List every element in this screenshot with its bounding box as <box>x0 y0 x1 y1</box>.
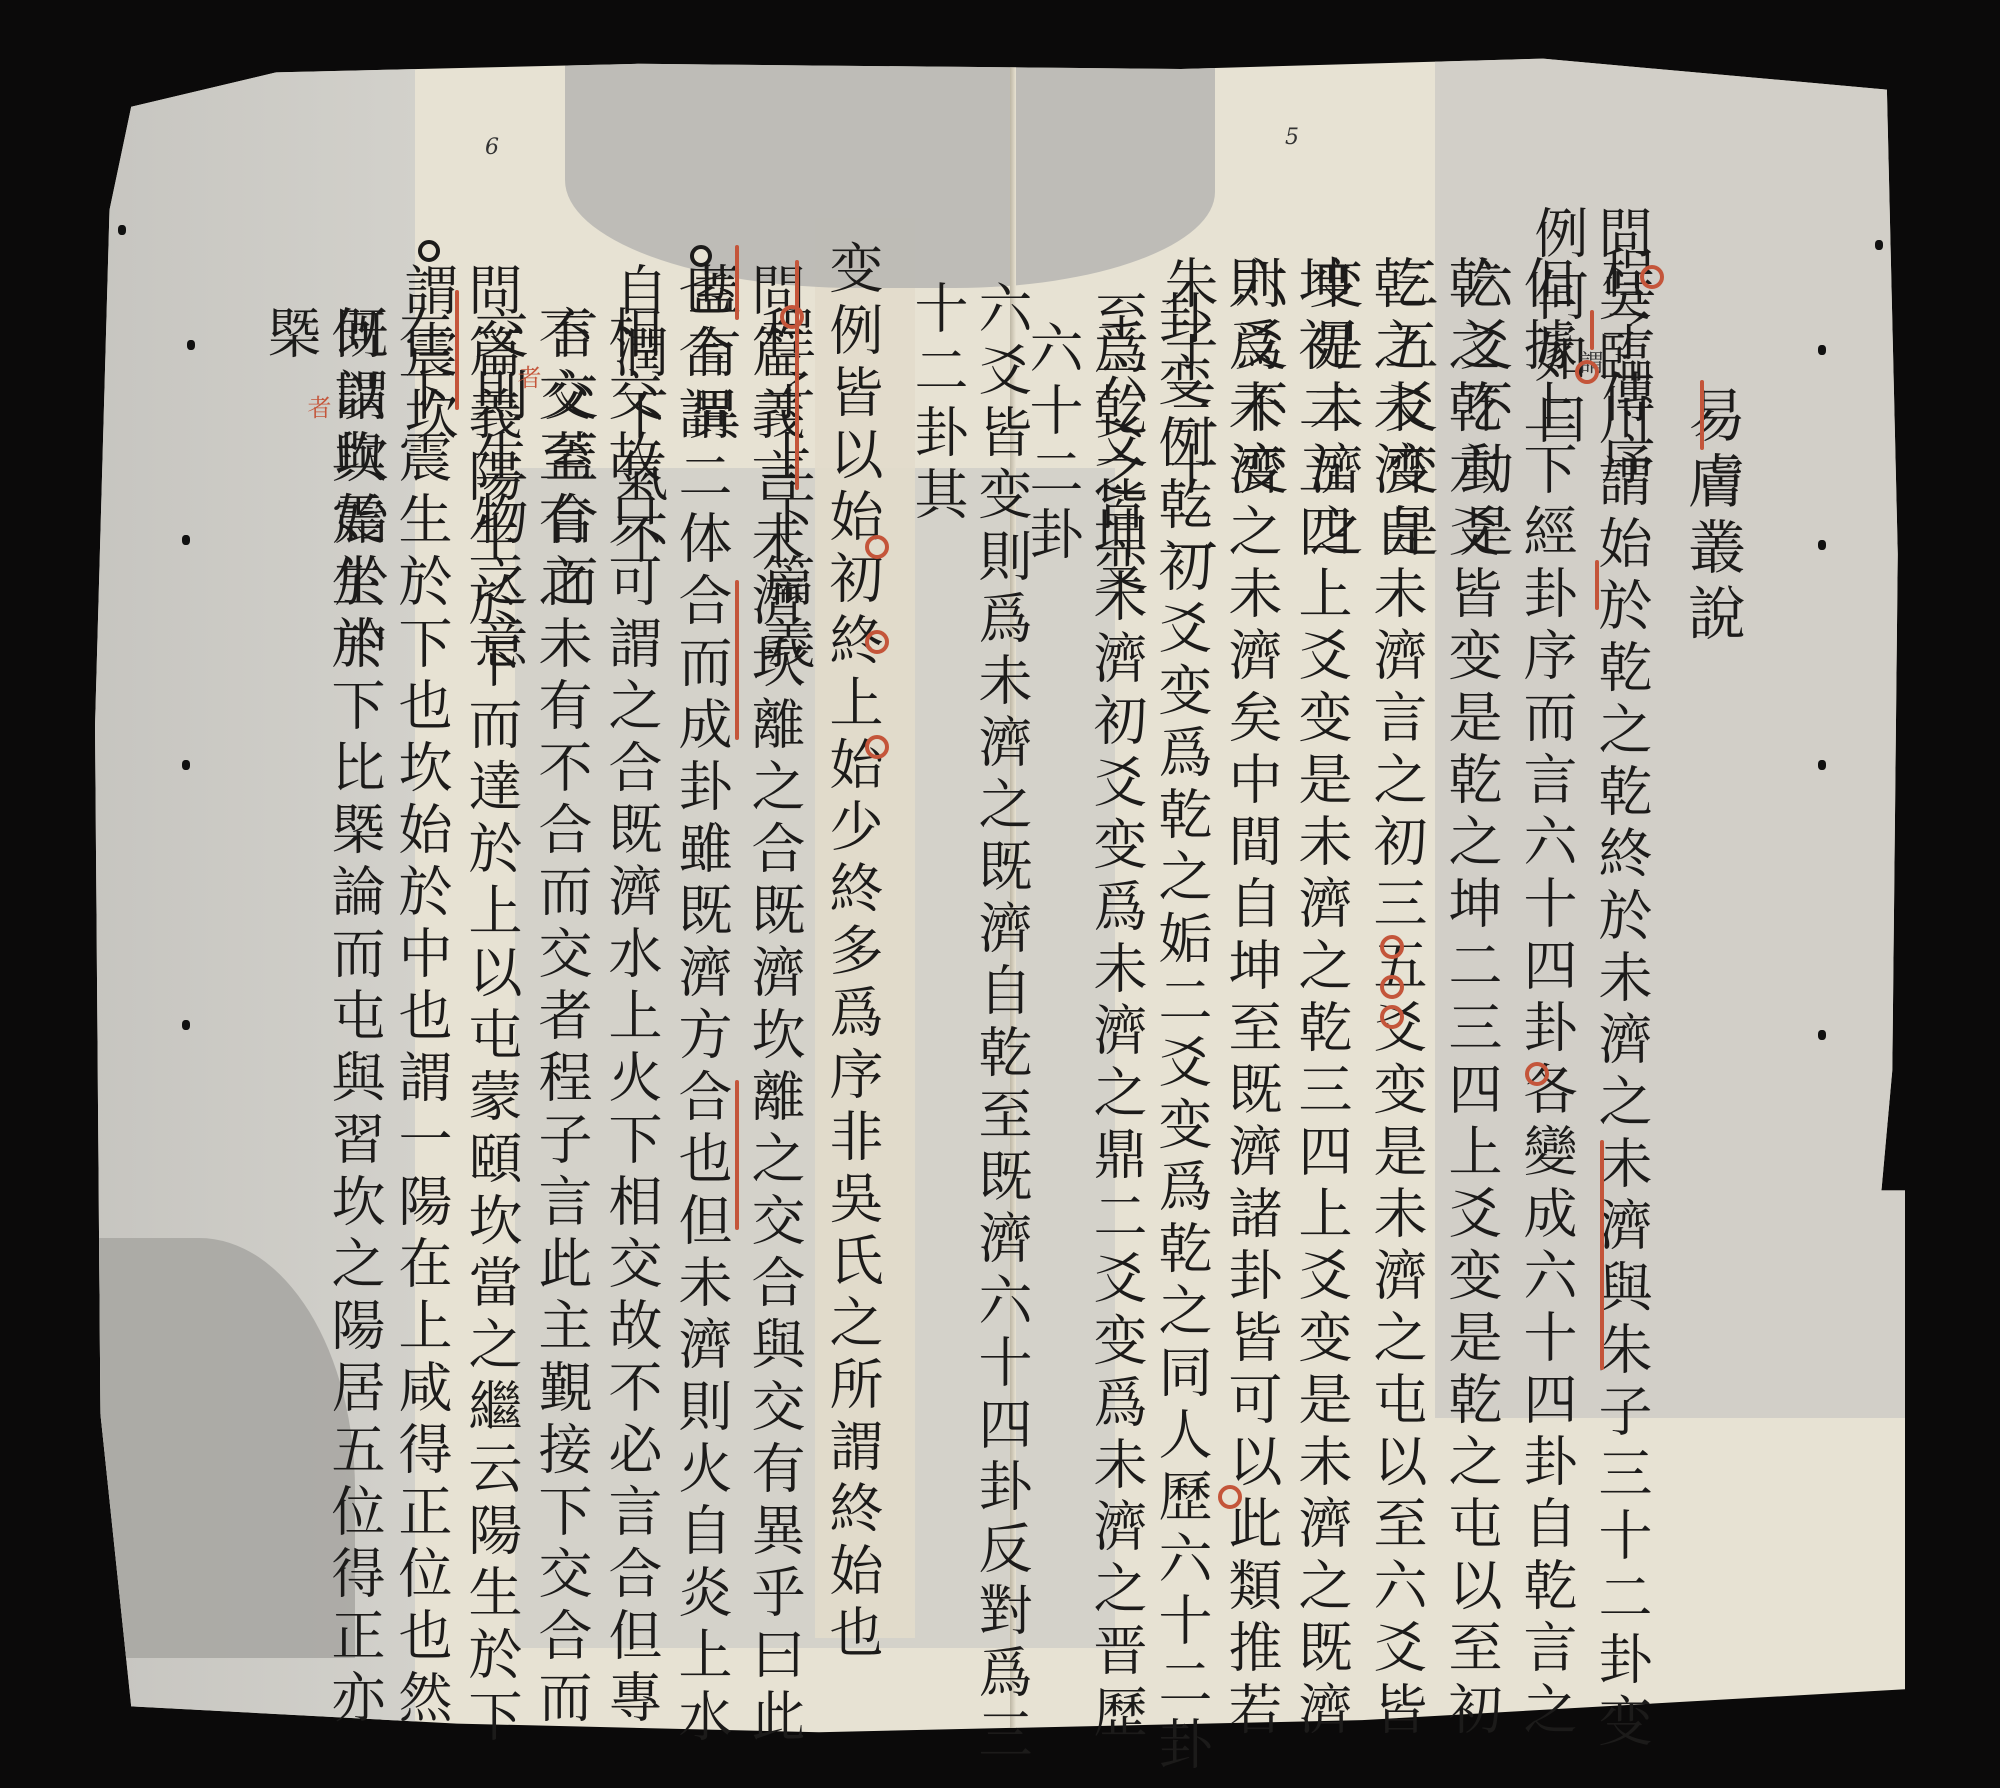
red-underline-mark <box>1595 560 1599 610</box>
binding-hole <box>182 535 190 545</box>
binding-hole <box>1818 760 1826 770</box>
page-number-left: 6 <box>485 135 499 160</box>
text-column: 六爻皆变則爲未濟之既濟自乾至既濟六十四卦反對爲三十二卦其 <box>905 280 1033 1788</box>
binding-hole <box>1818 540 1826 550</box>
red-underline-mark <box>1600 1140 1604 1370</box>
red-underline-mark <box>455 290 459 410</box>
missing-paper-area <box>565 48 1215 288</box>
red-circle-mark <box>1640 265 1664 289</box>
bullet-marker <box>418 240 440 262</box>
red-circle-mark <box>1380 935 1404 959</box>
red-underline-mark <box>735 1080 739 1230</box>
text-column: 何以與震生於下比槩論而屯與習坎之陽居五位得正亦槩 <box>258 305 386 1788</box>
binding-hole <box>1875 240 1883 250</box>
text-column: 爲乾之坤未濟初爻变爲未濟之鼎二爻变爲未濟之晋歷六十二卦 <box>1020 320 1148 1788</box>
red-underline-mark <box>1700 380 1704 450</box>
binding-hole <box>182 1020 190 1030</box>
binding-hole <box>182 760 190 770</box>
red-underline-mark <box>735 245 739 320</box>
document-title: 易膚叢說 <box>1680 385 1744 649</box>
red-underline-mark <box>735 580 739 740</box>
red-circle-mark <box>1380 975 1404 999</box>
binding-hole <box>118 225 126 235</box>
red-circle-mark <box>865 535 889 559</box>
page-number-right: 5 <box>1285 125 1299 150</box>
binding-hole <box>1818 345 1826 355</box>
red-circle-mark <box>1380 1005 1404 1029</box>
red-circle-mark <box>780 305 804 329</box>
interlinear-note: 者 <box>300 395 335 419</box>
red-circle-mark <box>1525 1062 1549 1086</box>
binding-hole <box>187 340 195 350</box>
red-circle-mark <box>865 735 889 759</box>
red-circle-mark <box>1218 1485 1242 1509</box>
red-circle-mark <box>865 630 889 654</box>
binding-hole <box>1818 1030 1826 1040</box>
red-circle-mark <box>1575 360 1599 384</box>
text-column: 变例皆以始初終上始少終多爲序非吳氏之所謂終始也 <box>820 240 884 1666</box>
red-underline-mark <box>795 260 799 490</box>
red-underline-mark <box>1590 310 1594 350</box>
